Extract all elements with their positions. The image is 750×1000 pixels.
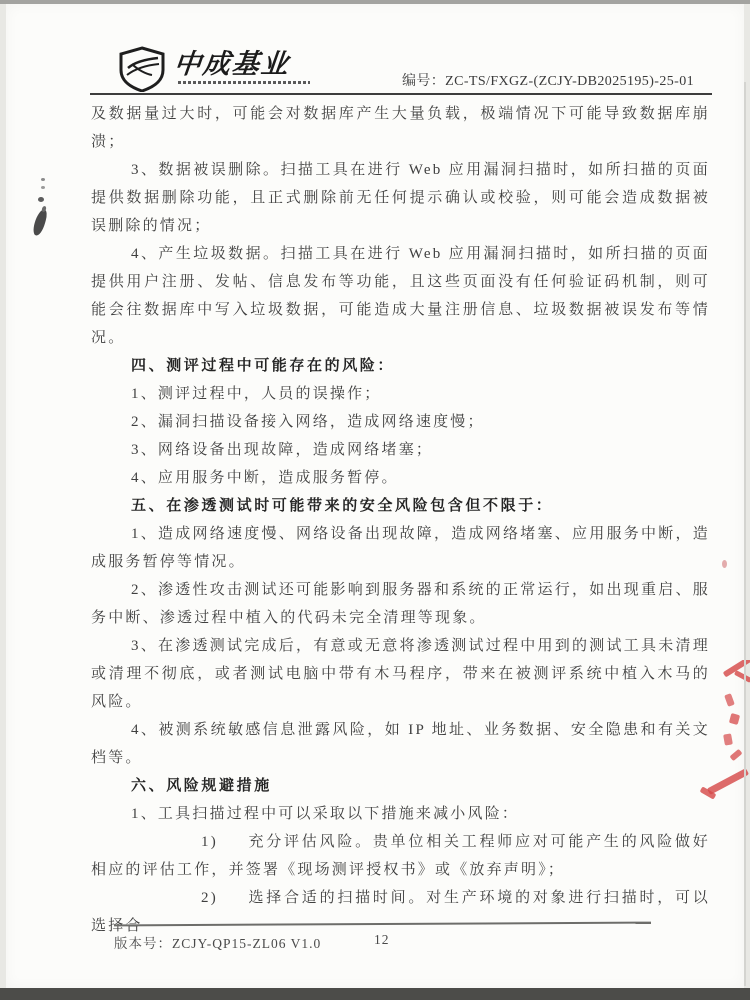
list-item-text: 选择合适的扫描时间。对生产环境的对象进行扫描时，可以选择合 bbox=[91, 890, 710, 934]
list-item-number: 2) bbox=[201, 890, 218, 906]
seal-stroke bbox=[723, 733, 733, 745]
paragraph: 2、漏洞扫描设备接入网络，造成网络速度慢； bbox=[91, 408, 710, 436]
document-page: 中成基业 编号：ZC-TS/FXGZ-(ZCJY-DB2025195)-25-0… bbox=[6, 4, 744, 988]
header-rule bbox=[90, 93, 712, 95]
paragraph: 3、数据被误删除。扫描工具在进行 Web 应用漏洞扫描时，如所扫描的页面提供数据… bbox=[91, 156, 710, 240]
page-number: 12 bbox=[374, 932, 390, 948]
paragraph: 3、在渗透测试完成后，有意或无意将渗透测试过程中用到的测试工具未清理或清理不彻底… bbox=[91, 632, 710, 716]
section-heading: 六、风险规避措施 bbox=[91, 772, 710, 800]
ink-smudge bbox=[38, 197, 44, 202]
seal-stroke bbox=[734, 670, 750, 683]
list-item-text: 充分评估风险。贵单位相关工程师应对可能产生的风险做好相应的评估工作，并签署《现场… bbox=[91, 834, 710, 878]
shield-logo-icon bbox=[118, 46, 166, 92]
seal-stroke bbox=[729, 713, 740, 725]
paragraph: 3、网络设备出现故障，造成网络堵塞； bbox=[91, 436, 710, 464]
paragraph: 2、渗透性攻击测试还可能影响到服务器和系统的正常运行，如出现重启、服务中断、渗透… bbox=[91, 576, 710, 632]
document-body: 及数据量过大时，可能会对数据库产生大量负载，极端情况下可能导致数据库崩溃； 3、… bbox=[91, 100, 710, 940]
paragraph: 及数据量过大时，可能会对数据库产生大量负载，极端情况下可能导致数据库崩溃； bbox=[91, 100, 710, 156]
section-heading: 四、测评过程中可能存在的风险： bbox=[91, 352, 710, 380]
list-item-number: 1) bbox=[201, 834, 218, 850]
red-seal-fragment bbox=[696, 660, 750, 812]
footer-version: 版本号：ZCJY-QP15-ZL06 V1.0 bbox=[114, 932, 321, 952]
ink-smudge bbox=[41, 186, 45, 189]
paragraph: 4、被测系统敏感信息泄露风险，如 IP 地址、业务数据、安全隐患和有关文档等。 bbox=[91, 716, 710, 772]
version-value: ZCJY-QP15-ZL06 V1.0 bbox=[172, 936, 321, 951]
document-number: 编号：ZC-TS/FXGZ-(ZCJY-DB2025195)-25-01 bbox=[402, 70, 694, 90]
paragraph: 4、产生垃圾数据。扫描工具在进行 Web 应用漏洞扫描时，如所扫描的页面提供用户… bbox=[91, 240, 710, 352]
document-number-label: 编号： bbox=[402, 74, 445, 89]
list-item: 1)充分评估风险。贵单位相关工程师应对可能产生的风险做好相应的评估工作，并签署《… bbox=[91, 828, 710, 884]
red-ink-dot bbox=[722, 560, 727, 568]
seal-stroke bbox=[724, 693, 735, 707]
section-heading: 五、在渗透测试时可能带来的安全风险包含但不限于： bbox=[91, 492, 710, 520]
document-number-value: ZC-TS/FXGZ-(ZCJY-DB2025195)-25-01 bbox=[445, 74, 694, 89]
company-logo: 中成基业 bbox=[118, 46, 310, 92]
paragraph: 1、造成网络速度慢、网络设备出现故障，造成网络堵塞、应用服务中断，造成服务暂停等… bbox=[91, 520, 710, 576]
page-edge-line bbox=[744, 82, 746, 986]
company-name: 中成基业 bbox=[173, 50, 312, 78]
logo-text-column: 中成基业 bbox=[174, 46, 310, 84]
paragraph: 1、工具扫描过程中可以采取以下措施来减小风险： bbox=[91, 800, 710, 828]
logo-tagline bbox=[178, 81, 310, 84]
ink-smudge bbox=[41, 178, 45, 181]
seal-stroke bbox=[729, 749, 742, 761]
version-label: 版本号： bbox=[114, 936, 172, 951]
seal-stroke bbox=[707, 768, 749, 795]
paragraph: 4、应用服务中断，造成服务暂停。 bbox=[91, 464, 710, 492]
scan-edge-bottom bbox=[0, 988, 750, 1000]
paragraph: 1、测评过程中，人员的误操作； bbox=[91, 380, 710, 408]
